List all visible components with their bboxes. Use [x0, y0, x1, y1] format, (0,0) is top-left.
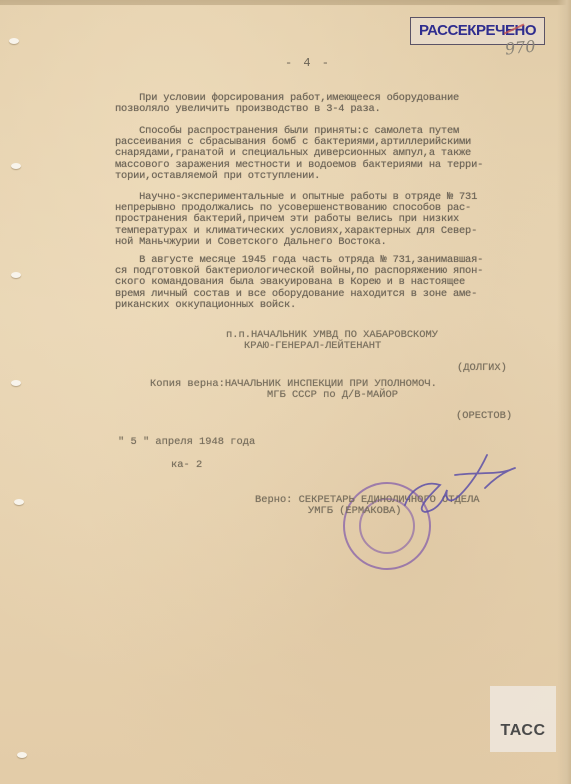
paragraph-1: При условии форсирования работ,имеющееся… [115, 93, 525, 115]
text-line: ского командования была эвакуирована в К… [115, 277, 525, 288]
page-number: - 4 - [285, 56, 331, 70]
text-line: пространения бактерий,причем эти работы … [115, 214, 525, 225]
text-line: риканских оккупационных войск. [115, 300, 525, 311]
text-line: тории,оставляемой при отступлении. [115, 171, 525, 182]
text-line: снарядами,гранатой и специальных диверси… [115, 148, 525, 159]
punch-hole [11, 380, 21, 386]
paper-top-edge [0, 0, 571, 5]
paper-right-edge [557, 0, 571, 784]
text-line: позволяло увеличить производство в 3-4 р… [115, 104, 525, 115]
copy-certified-line2: МГБ СССР по Д/В-МАЙОР [267, 390, 398, 401]
signatory-title-line2: КРАЮ-ГЕНЕРАЛ-ЛЕЙТЕНАНТ [244, 341, 381, 352]
tass-watermark: ТАСС [490, 686, 556, 752]
tass-logo-text: ТАСС [490, 722, 556, 740]
document-date: " 5 " апреля 1948 года [118, 437, 255, 448]
signatory-name-2: (ОРЕСТОВ) [456, 411, 512, 422]
punch-hole [17, 752, 27, 758]
copy-reference: ка- 2 [171, 460, 202, 471]
paragraph-2: Способы распространения были приняты:с с… [115, 126, 525, 182]
paragraph-3: Научно-экспериментальные и опытные работ… [115, 192, 525, 248]
text-line: ной Маньчжурии и Советского Дальнего Вос… [115, 237, 525, 248]
punch-hole [14, 499, 24, 505]
archive-page-number: 970 [504, 36, 536, 58]
paragraph-4: В августе месяце 1945 года часть отряда … [115, 255, 525, 311]
punch-hole [9, 38, 19, 44]
punch-hole [11, 163, 21, 169]
punch-hole [11, 272, 21, 278]
handwritten-signature-icon [385, 450, 525, 520]
signatory-name-1: (ДОЛГИХ) [457, 363, 507, 374]
